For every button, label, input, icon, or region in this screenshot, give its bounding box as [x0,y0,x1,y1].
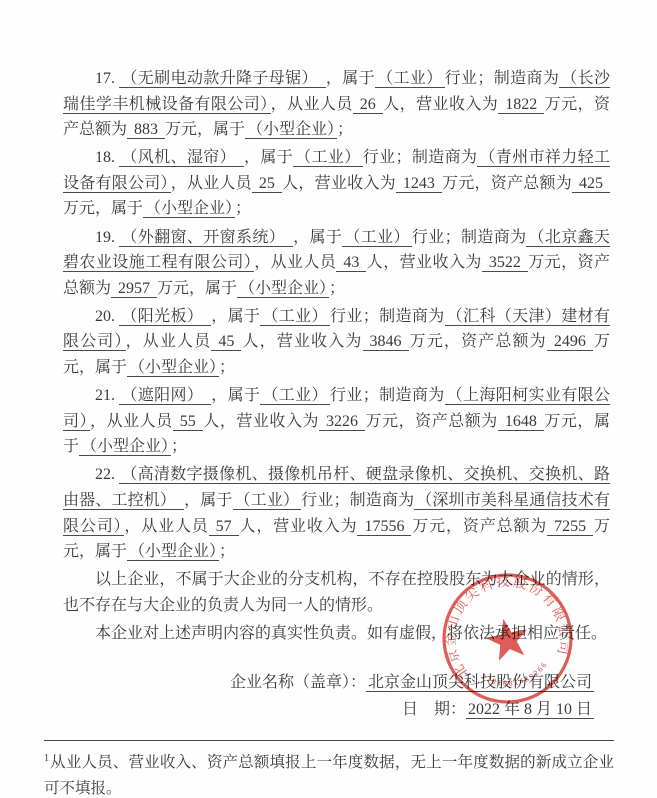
label-end: ； [235,200,251,217]
enterprise-item: 19. （外翻窗、开窗系统），属于（工业）行业；制造商为（北京鑫天碧农业设施工程… [63,225,610,302]
revenue-value: 3226 [319,413,365,431]
label-end: ； [171,438,187,455]
industry-value: （工业） [342,229,412,247]
product-name: （风机、湿帘） [119,149,244,167]
label-belongs-to: ，属于 [244,149,293,166]
label-size: 万元，属于 [165,121,245,138]
company-name-value: 北京金山顶尖科技股份有限公司 [366,674,594,692]
label-end: ； [329,280,345,297]
product-name: （遮阳网） [119,387,211,405]
label-assets: 万元，资产总额为 [365,413,498,430]
date-line: 日 期：2022 年 8 月 10 日 [63,696,594,724]
label-employees: ，从业人员 [126,333,212,350]
assets-value: 2957 [111,280,157,298]
signature-block: 企业名称（盖章）：北京金山顶尖科技股份有限公司 日 期：2022 年 8 月 1… [63,669,610,724]
enterprise-item: 22. （高清数字摄像机、摄像机吊杆、硬盘录像机、交换机、交换机、路由器、工控机… [63,462,610,564]
enterprise-size: （小型企业） [237,280,329,298]
item-number: 19. [95,229,115,246]
label-end: ； [219,359,235,376]
items-list: 17. （无刷电动款升降子母锯），属于（工业）行业；制造商为（长沙瑞佳学丰机械设… [63,66,610,565]
product-name: （阳光板） [119,308,211,326]
footnote-marker: 1 [44,753,49,764]
label-size: 万元，属于 [63,200,143,217]
label-revenue: 人，营业收入为 [282,175,396,192]
revenue-value: 1243 [396,175,442,193]
document-page: 17. （无刷电动款升降子母锯），属于（工业）行业；制造商为（长沙瑞佳学丰机械设… [0,0,657,798]
employees-count: 45 [211,333,241,351]
label-end: ； [337,121,353,138]
assets-value: 7255 [547,518,593,536]
label-industry-manufacturer: 行业；制造商为 [445,70,560,87]
label-size: 万元，属于 [157,280,237,297]
label-employees: ，从业人员 [171,175,252,192]
label-revenue: 人，营业收入为 [203,413,319,430]
document-body: 17. （无刷电动款升降子母锯），属于（工业）行业；制造商为（长沙瑞佳学丰机械设… [63,66,610,724]
item-number: 22. [95,466,115,483]
industry-value: （工业） [233,492,302,510]
revenue-value: 1822 [498,96,544,114]
date-value: 2022 年 8 月 10 日 [466,701,594,719]
label-revenue: 人，营业收入为 [241,333,362,350]
employees-count: 26 [353,96,383,114]
footnote-text: 从业人员、营业收入、资产总额填报上一年度数据，无上一年度数据的新成立企业可不填报… [44,754,614,797]
label-belongs-to: ，属于 [184,492,232,509]
industry-value: （工业） [293,149,363,167]
assets-value: 425 [572,175,610,193]
label-employees: ，从业人员 [271,96,353,113]
employees-count: 57 [209,518,239,536]
label-assets: 万元，资产总额为 [409,333,547,350]
company-name-label: 企业名称（盖章）： [230,674,366,691]
industry-value: （工业） [260,387,330,405]
enterprise-item: 17. （无刷电动款升降子母锯），属于（工业）行业；制造商为（长沙瑞佳学丰机械设… [63,66,610,143]
label-revenue: 人，营业收入为 [383,96,498,113]
label-belongs-to: ，属于 [326,70,375,87]
label-industry-manufacturer: 行业；制造商为 [330,387,445,404]
product-name: （无刷电动款升降子母锯） [119,70,326,88]
date-label: 日 期： [402,701,466,718]
footnote: 1从业人员、营业收入、资产总额填报上一年度数据，无上一年度数据的新成立企业可不填… [44,740,614,798]
enterprise-size: （小型企业） [127,543,219,561]
employees-count: 43 [336,254,366,272]
label-end: ； [219,543,235,560]
item-number: 17. [95,70,115,87]
declaration-paragraph-1: 以上企业，不属于大企业的分支机构，不存在控股股东为大企业的情形，也不存在与大企业… [63,567,610,618]
company-name-line: 企业名称（盖章）：北京金山顶尖科技股份有限公司 [63,669,594,697]
employees-count: 55 [173,413,203,431]
label-assets: 万元，资产总额为 [442,175,572,192]
label-revenue: 人，营业收入为 [366,254,481,271]
enterprise-size: （小型企业） [127,359,219,377]
revenue-value: 17556 [357,518,411,536]
label-industry-manufacturer: 行业；制造商为 [330,308,445,325]
label-assets: 万元，资产总额为 [411,518,547,535]
item-number: 18. [95,149,115,166]
enterprise-size: （小型企业） [143,200,235,218]
assets-value: 883 [127,121,165,139]
label-industry-manufacturer: 行业；制造商为 [301,492,414,509]
revenue-value: 3522 [482,254,528,272]
assets-value: 2496 [547,333,593,351]
enterprise-item: 21. （遮阳网），属于（工业）行业；制造商为（上海阳柯实业有限公司），从业人员… [63,383,610,460]
enterprise-size: （小型企业） [245,121,337,139]
industry-value: （工业） [260,308,330,326]
label-belongs-to: ，属于 [293,229,342,246]
label-employees: ，从业人员 [254,254,336,271]
label-industry-manufacturer: 行业；制造商为 [363,149,478,166]
enterprise-size: （小型企业） [79,438,171,456]
label-belongs-to: ，属于 [211,308,260,325]
label-employees: ，从业人员 [124,518,208,535]
industry-value: （工业） [375,70,445,88]
revenue-value: 3846 [363,333,409,351]
product-name: （外翻窗、开窗系统） [119,229,293,247]
label-industry-manufacturer: 行业；制造商为 [412,229,527,246]
enterprise-item: 18. （风机、湿帘），属于（工业）行业；制造商为（青州市祥力轻工设备有限公司）… [63,145,610,222]
label-employees: ，从业人员 [90,413,173,430]
label-belongs-to: ，属于 [211,387,260,404]
enterprise-item: 20. （阳光板），属于（工业）行业；制造商为（汇科（天津）建材有限公司），从业… [63,304,610,381]
assets-value: 1648 [498,413,544,431]
item-number: 21. [95,387,115,404]
declaration-paragraph-2: 本企业对上述声明内容的真实性负责。如有虚假，将依法承担相应责任。 [63,621,610,647]
label-revenue: 人，营业收入为 [239,518,358,535]
item-number: 20. [95,308,115,325]
employees-count: 25 [252,175,282,193]
